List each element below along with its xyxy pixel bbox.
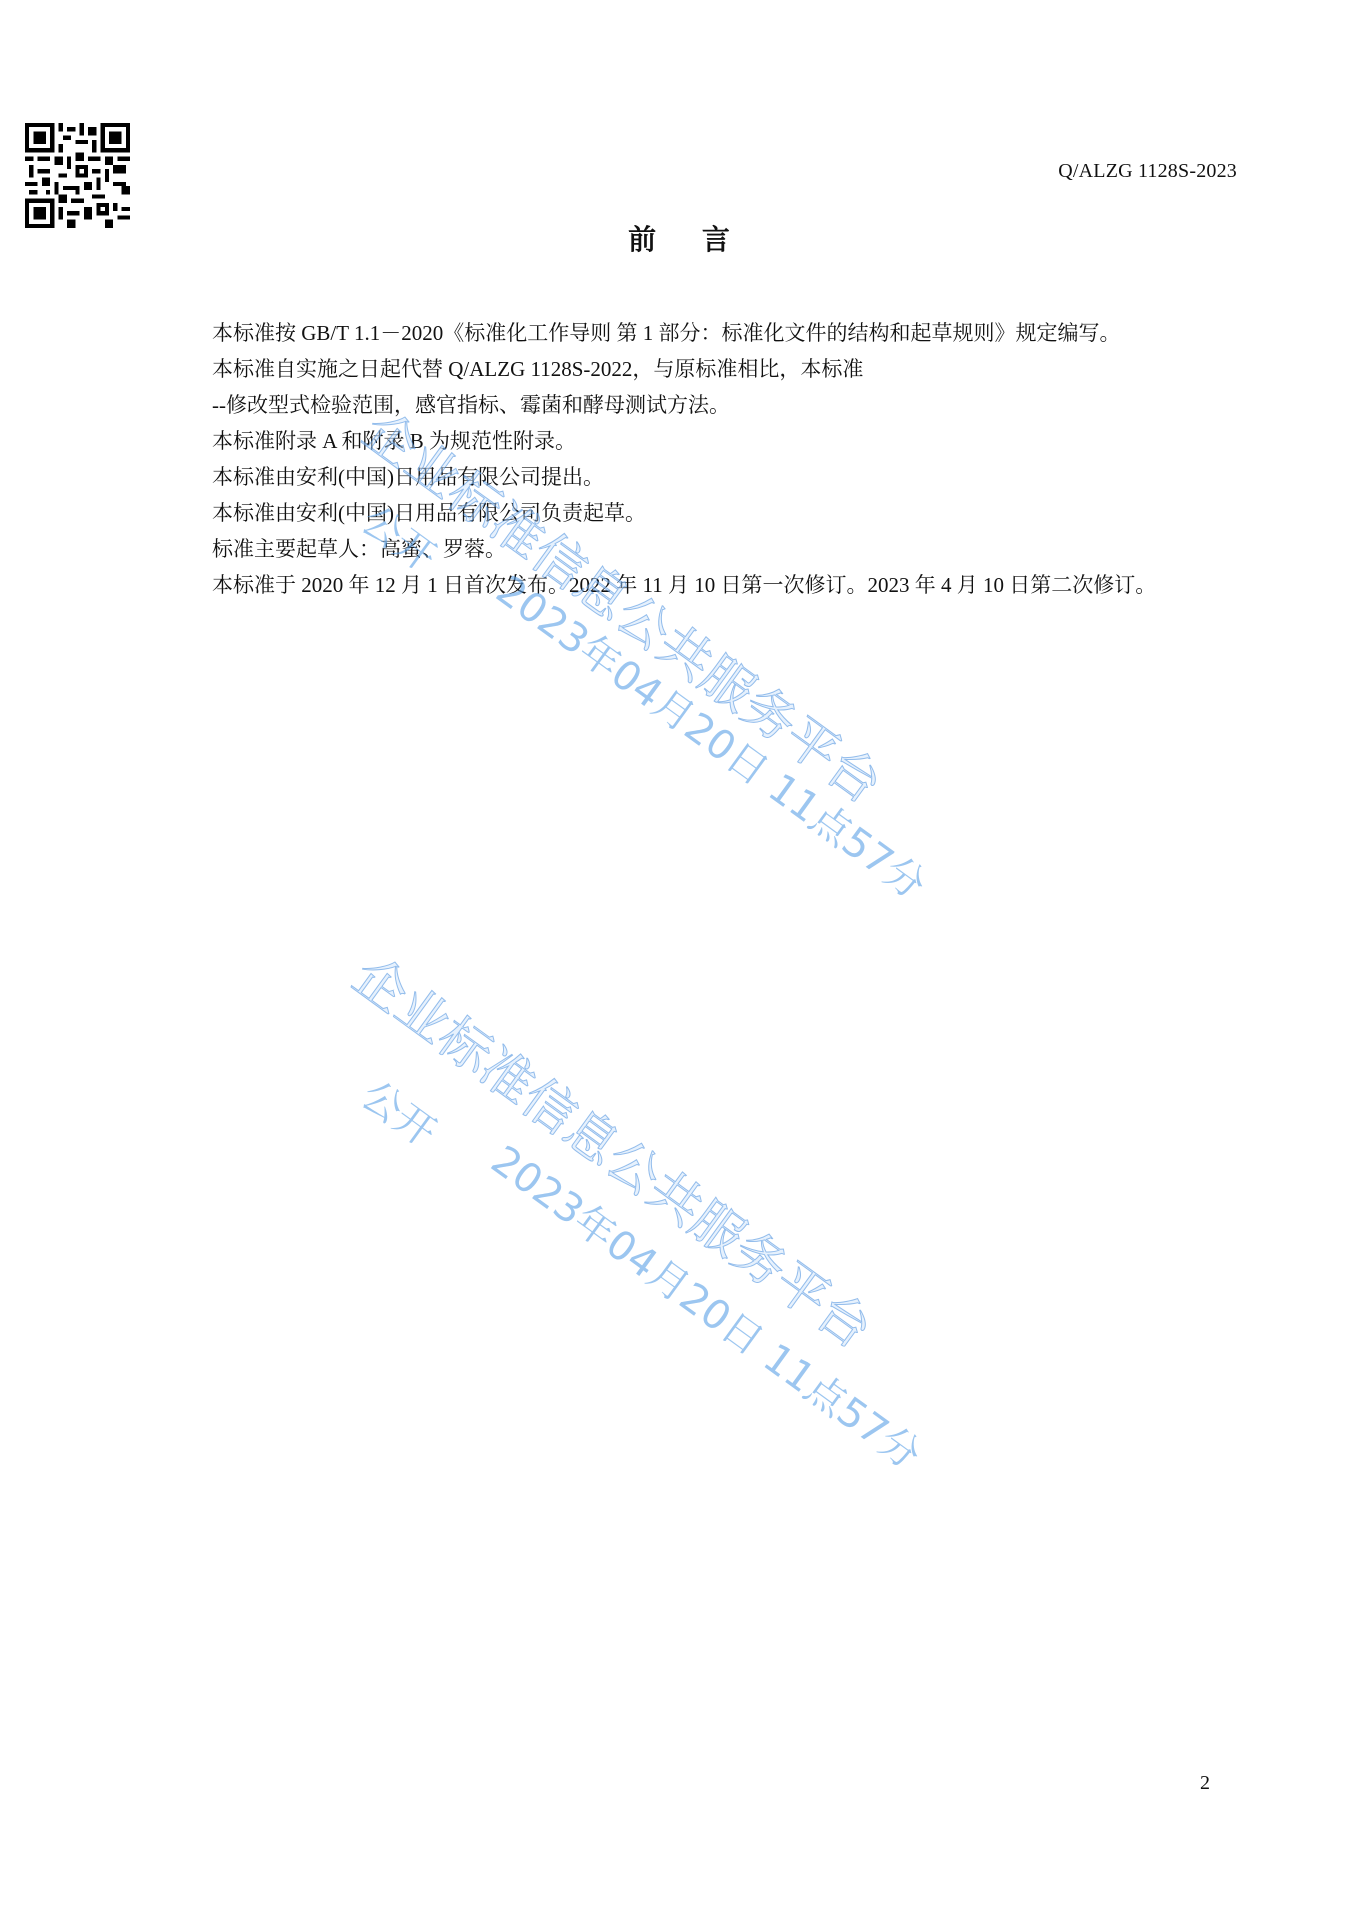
paragraph-replaces: 本标准自实施之日起代替 Q/ALZG 1128S-2022，与原标准相比，本标准 xyxy=(165,351,1240,387)
page-number: 2 xyxy=(1200,1772,1210,1795)
watermark-public-label: 公开 xyxy=(351,1065,449,1158)
paragraph-annexes: 本标准附录 A 和附录 B 为规范性附录。 xyxy=(165,423,1240,459)
qr-code-icon xyxy=(25,123,130,228)
paragraph-drafting-rules: 本标准按 GB/T 1.1－2020《标准化工作导则 第 1 部分：标准化文件的… xyxy=(165,315,1240,351)
paragraph-proposer: 本标准由安利(中国)日用品有限公司提出。 xyxy=(165,459,1240,495)
paragraph-changes: --修改型式检验范围，感官指标、霉菌和酵母测试方法。 xyxy=(165,387,1240,423)
watermark-timestamp: 2023年04月20日 11点57分 xyxy=(486,560,939,911)
paragraph-history: 本标准于 2020 年 12 月 1 日首次发布。2022 年 11 月 10 … xyxy=(165,567,1240,603)
page-title: 前 言 xyxy=(0,218,1358,258)
document-code: Q/ALZG 1128S-2023 xyxy=(1058,160,1237,183)
foreword-body: 本标准按 GB/T 1.1－2020《标准化工作导则 第 1 部分：标准化文件的… xyxy=(165,315,1240,603)
watermark-platform-name: 企业标准信息公共服务平台 xyxy=(341,935,890,1362)
paragraph-drafters: 标准主要起草人：高蜜、罗蓉。 xyxy=(165,531,1240,567)
paragraph-drafting-unit: 本标准由安利(中国)日用品有限公司负责起草。 xyxy=(165,495,1240,531)
watermark-timestamp: 2023年04月20日 11点57分 xyxy=(481,1130,934,1481)
